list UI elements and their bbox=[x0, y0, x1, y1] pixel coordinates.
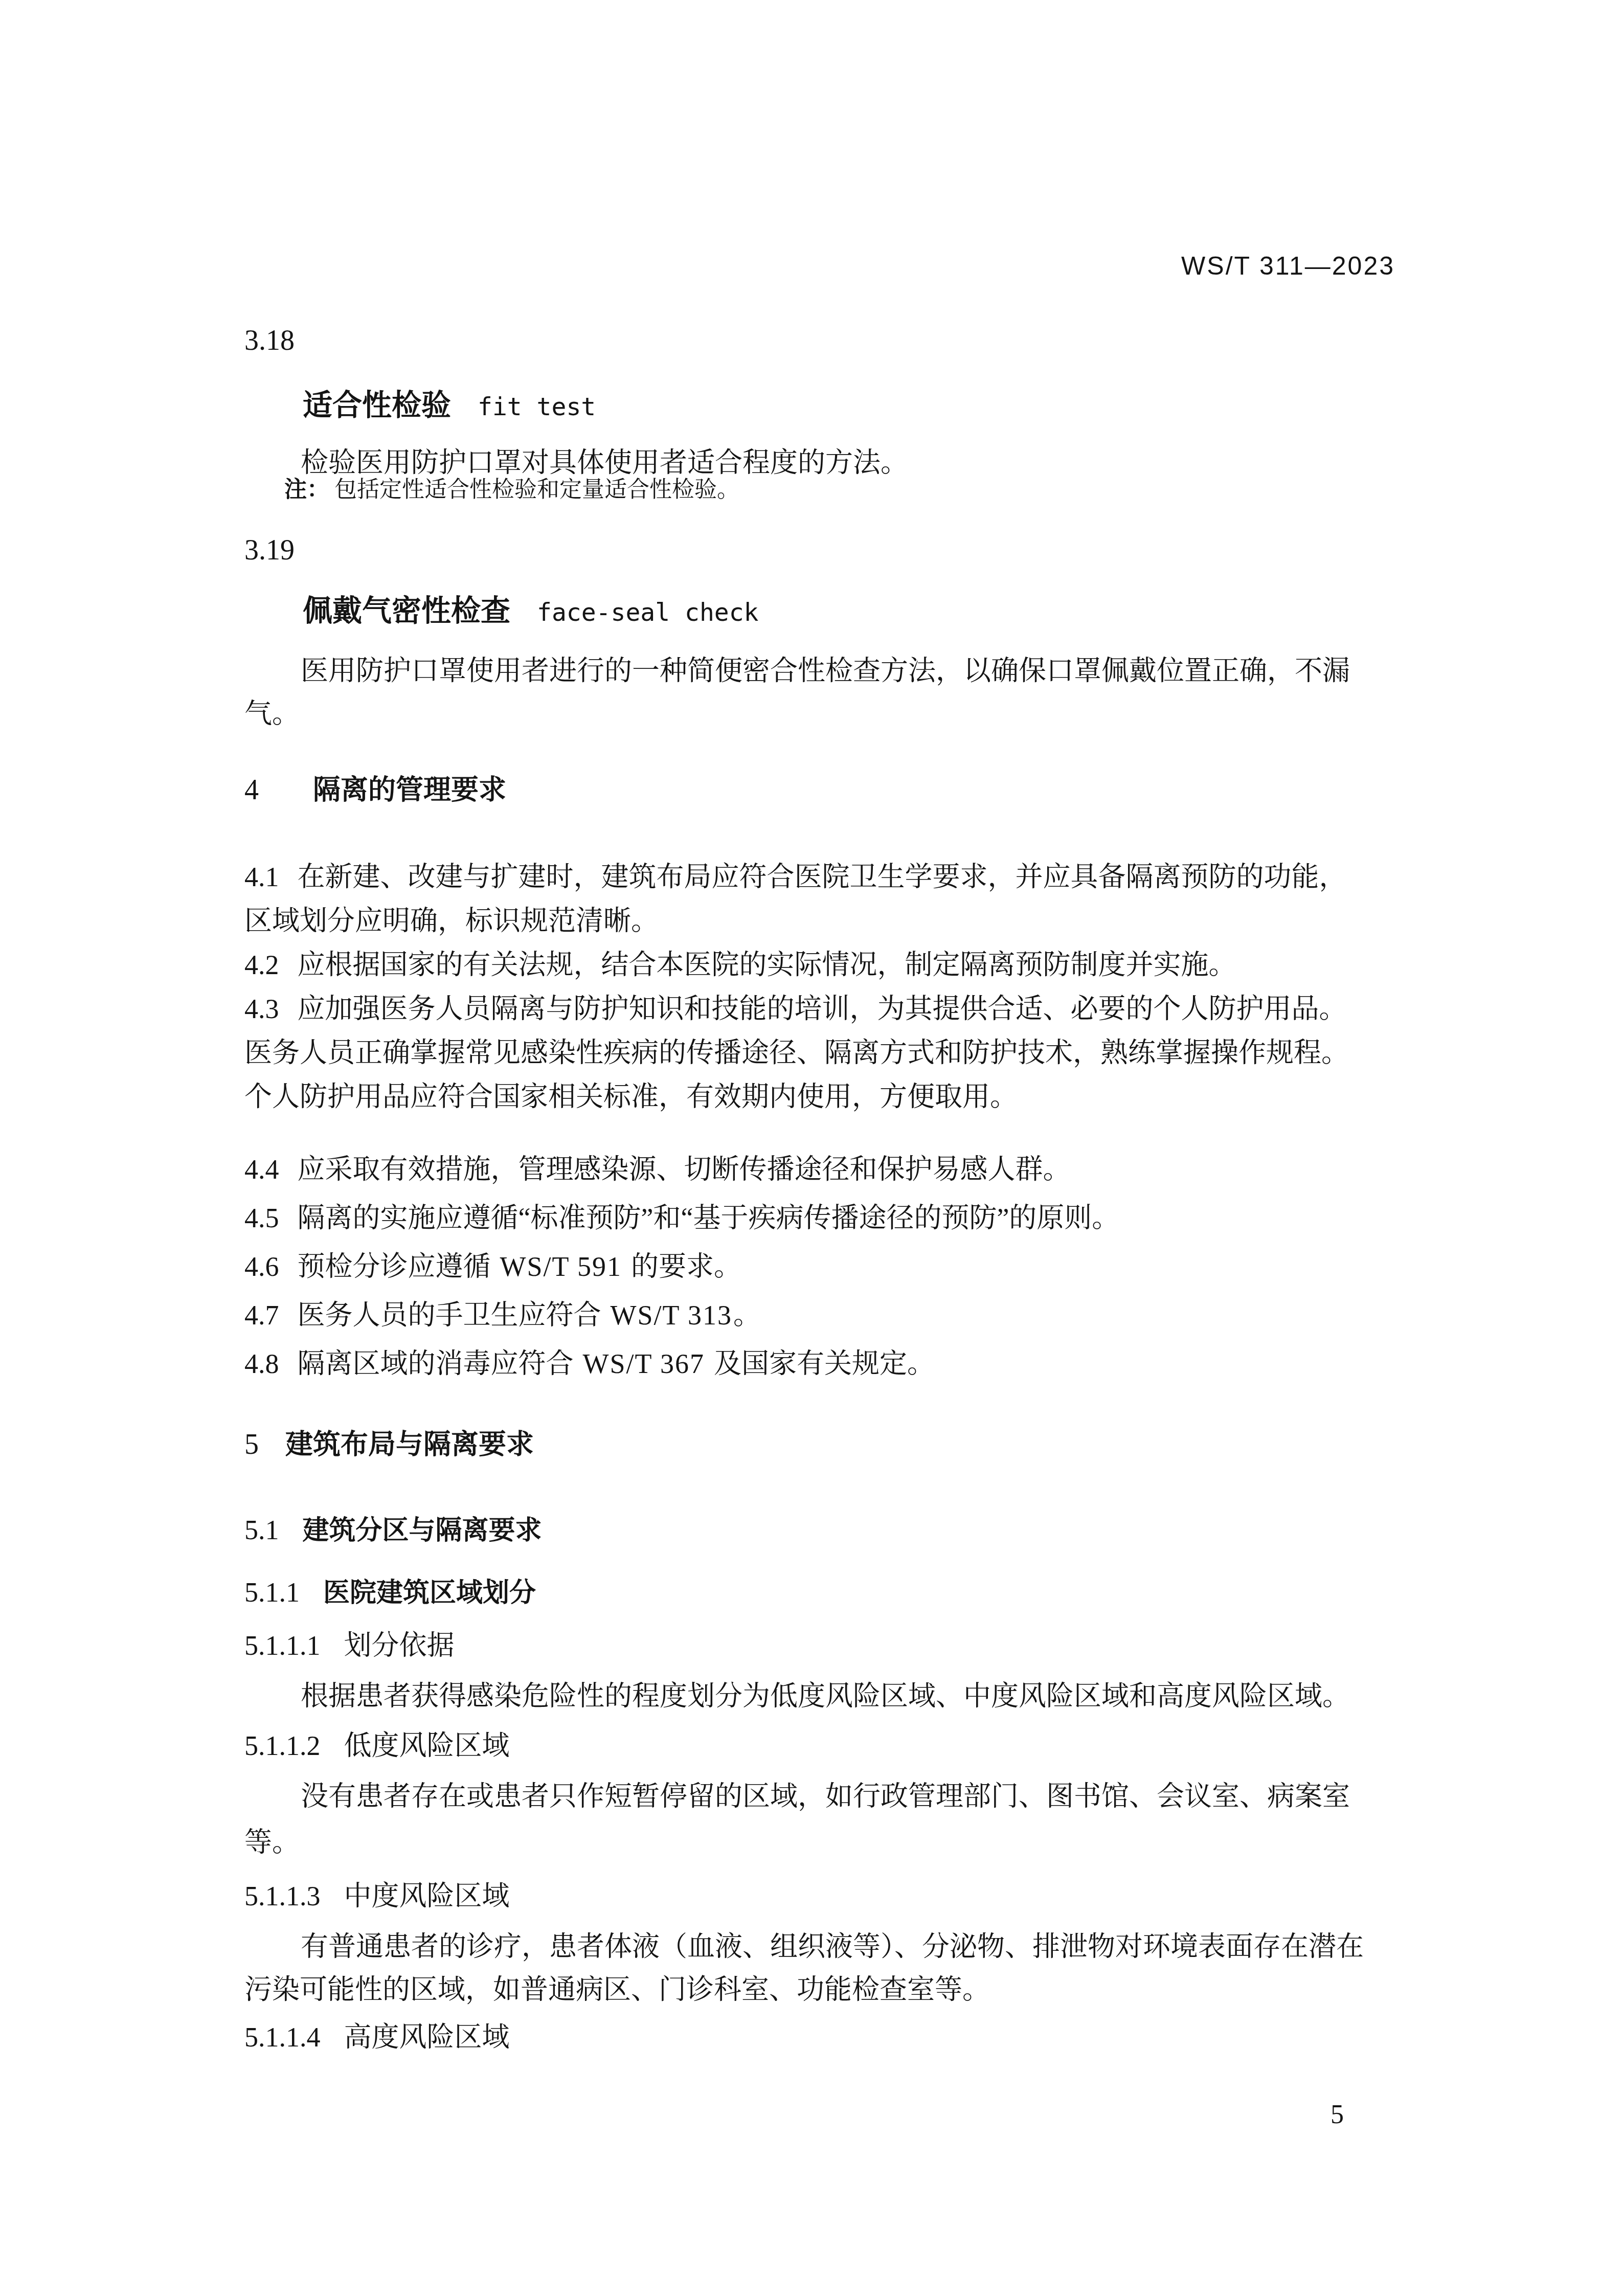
section-number: 5.1 bbox=[244, 1515, 279, 1545]
clause-4-5: 4.5隔离的实施应遵循“标准预防”和“基于疾病传播途径的预防”的原则。 bbox=[244, 1204, 1369, 1232]
clause-4-7: 4.7医务人员的手卫生应符合WS/T 313。 bbox=[244, 1301, 1369, 1329]
section-5-1-1-4-heading: 5.1.1.4高度风险区域 bbox=[244, 2023, 1369, 2051]
clause-4-1: 4.1在新建、改建与扩建时，建筑布局应符合医院卫生学要求，并应具备隔离预防的功能… bbox=[244, 855, 1369, 943]
clause-4-8: 4.8隔离区域的消毒应符合WS/T 367及国家有关规定。 bbox=[244, 1350, 1369, 1378]
clause-text: 应采取有效措施，管理感染源、切断传播途径和保护易感人群。 bbox=[298, 1154, 1071, 1185]
term-3-19-definition: 医用防护口罩使用者进行的一种简便密合性检查方法，以确保口罩佩戴位置正确，不漏气。 bbox=[244, 649, 1369, 735]
clause-number: 4.5 bbox=[244, 1203, 279, 1233]
section-5-1-1-1-paragraph: 根据患者获得感染危险性的程度划分为低度风险区域、中度风险区域和高度风险区域。 bbox=[244, 1682, 1369, 1710]
section-5-1-1-2-heading: 5.1.1.2低度风险区域 bbox=[244, 1732, 1369, 1760]
clause-number: 4.8 bbox=[244, 1348, 279, 1379]
clause-text: 的要求。 bbox=[631, 1251, 741, 1282]
clause-text: 隔离的实施应遵循“标准预防”和“基于疾病传播途径的预防”的原则。 bbox=[298, 1203, 1120, 1233]
clause-text: 隔离区域的消毒应符合 bbox=[298, 1348, 574, 1379]
clause-number: 4.1 bbox=[244, 862, 279, 892]
term-3-19-english: face-seal check bbox=[537, 598, 758, 627]
clause-number: 4.6 bbox=[244, 1251, 279, 1282]
term-3-18-note: 注：包括定性适合性检验和定量适合性检验。 bbox=[244, 479, 1409, 501]
chapter-4-heading: 4隔离的管理要求 bbox=[244, 776, 1369, 804]
section-title: 高度风险区域 bbox=[344, 2022, 510, 2053]
clause-text: 应根据国家的有关法规，结合本医院的实际情况，制定隔离预防制度并实施。 bbox=[298, 950, 1236, 980]
chapter-5-heading: 5建筑布局与隔离要求 bbox=[244, 1430, 1369, 1459]
term-3-19-title: 佩戴气密性检查face-seal check bbox=[244, 596, 1428, 626]
section-number: 5.1.1.1 bbox=[244, 1630, 321, 1661]
clause-text: 在新建、改建与扩建时，建筑布局应符合医院卫生学要求，并应具备隔离预防的功能，区域… bbox=[244, 862, 1347, 936]
chapter-4-title: 隔离的管理要求 bbox=[313, 775, 506, 805]
section-5-1-1-1-heading: 5.1.1.1划分依据 bbox=[244, 1632, 1369, 1659]
clause-4-2: 4.2应根据国家的有关法规，结合本医院的实际情况，制定隔离预防制度并实施。 bbox=[244, 951, 1369, 979]
section-5-1-heading: 5.1建筑分区与隔离要求 bbox=[244, 1516, 1369, 1544]
section-5-1-1-heading: 5.1.1医院建筑区域划分 bbox=[244, 1579, 1369, 1606]
clause-4-4: 4.4应采取有效措施，管理感染源、切断传播途径和保护易感人群。 bbox=[244, 1156, 1369, 1183]
clause-4-6: 4.6预检分诊应遵循WS/T 591的要求。 bbox=[244, 1253, 1369, 1280]
clause-number: 4.2 bbox=[244, 950, 279, 980]
standard-ref: WS/T 367 bbox=[583, 1348, 705, 1379]
section-5-1-1-2-paragraph: 没有患者存在或患者只作短暂停留的区域，如行政管理部门、图书馆、会议室、病案室等。 bbox=[244, 1773, 1369, 1865]
chapter-5-number: 5 bbox=[244, 1429, 259, 1460]
section-number: 5.1.1.2 bbox=[244, 1730, 321, 1761]
clause-number: 4.4 bbox=[244, 1154, 279, 1185]
term-3-18-title: 适合性检验fit test bbox=[244, 391, 1428, 420]
clause-4-3: 4.3应加强医务人员隔离与防护知识和技能的培训，为其提供合适、必要的个人防护用品… bbox=[244, 987, 1369, 1119]
section-title: 中度风险区域 bbox=[344, 1881, 510, 1911]
standard-code-header: WS/T 311—2023 bbox=[244, 253, 1395, 279]
document-page: WS/T 311—2023 3.18 适合性检验fit test 检验医用防护口… bbox=[0, 0, 1623, 2296]
clause-text: 医务人员的手卫生应符合 bbox=[298, 1300, 601, 1331]
section-number: 5.1.1 bbox=[244, 1577, 300, 1608]
section-title: 划分依据 bbox=[344, 1630, 455, 1661]
term-3-18-number: 3.18 bbox=[244, 326, 1369, 355]
chapter-4-number: 4 bbox=[244, 774, 259, 806]
section-5-1-1-3-paragraph: 有普通患者的诊疗，患者体液（血液、组织液等）、分泌物、排泄物对环境表面存在潜在污… bbox=[244, 1925, 1369, 2011]
standard-ref: WS/T 591 bbox=[500, 1251, 622, 1282]
note-text: 包括定性适合性检验和定量适合性检验。 bbox=[334, 477, 739, 502]
section-title: 医院建筑区域划分 bbox=[323, 1578, 536, 1608]
section-5-1-1-3-heading: 5.1.1.3中度风险区域 bbox=[244, 1882, 1369, 1910]
clause-text: 预检分诊应遵循 bbox=[298, 1251, 491, 1282]
term-3-18-definition: 检验医用防护口罩对具体使用者适合程度的方法。 bbox=[244, 449, 1369, 477]
note-label: 注： bbox=[284, 477, 329, 502]
section-title: 低度风险区域 bbox=[344, 1730, 510, 1761]
term-3-18-english: fit test bbox=[478, 393, 596, 421]
term-3-19-number: 3.19 bbox=[244, 536, 1369, 565]
section-number: 5.1.1.4 bbox=[244, 2022, 321, 2053]
clause-text: 应加强医务人员隔离与防护知识和技能的培训，为其提供合适、必要的个人防护用品。医务… bbox=[244, 994, 1349, 1112]
clause-text: 及国家有关规定。 bbox=[714, 1348, 935, 1379]
chapter-5-title: 建筑布局与隔离要求 bbox=[285, 1429, 534, 1460]
standard-ref: WS/T 313 bbox=[611, 1300, 733, 1331]
clause-number: 4.3 bbox=[244, 994, 279, 1024]
clause-text: 。 bbox=[733, 1300, 761, 1331]
section-title: 建筑分区与隔离要求 bbox=[303, 1516, 542, 1545]
term-3-18-chinese: 适合性检验 bbox=[303, 389, 451, 422]
page-number: 5 bbox=[1331, 2102, 1371, 2128]
section-number: 5.1.1.3 bbox=[244, 1881, 321, 1911]
clause-number: 4.7 bbox=[244, 1300, 279, 1331]
term-3-19-chinese: 佩戴气密性检查 bbox=[303, 594, 510, 627]
